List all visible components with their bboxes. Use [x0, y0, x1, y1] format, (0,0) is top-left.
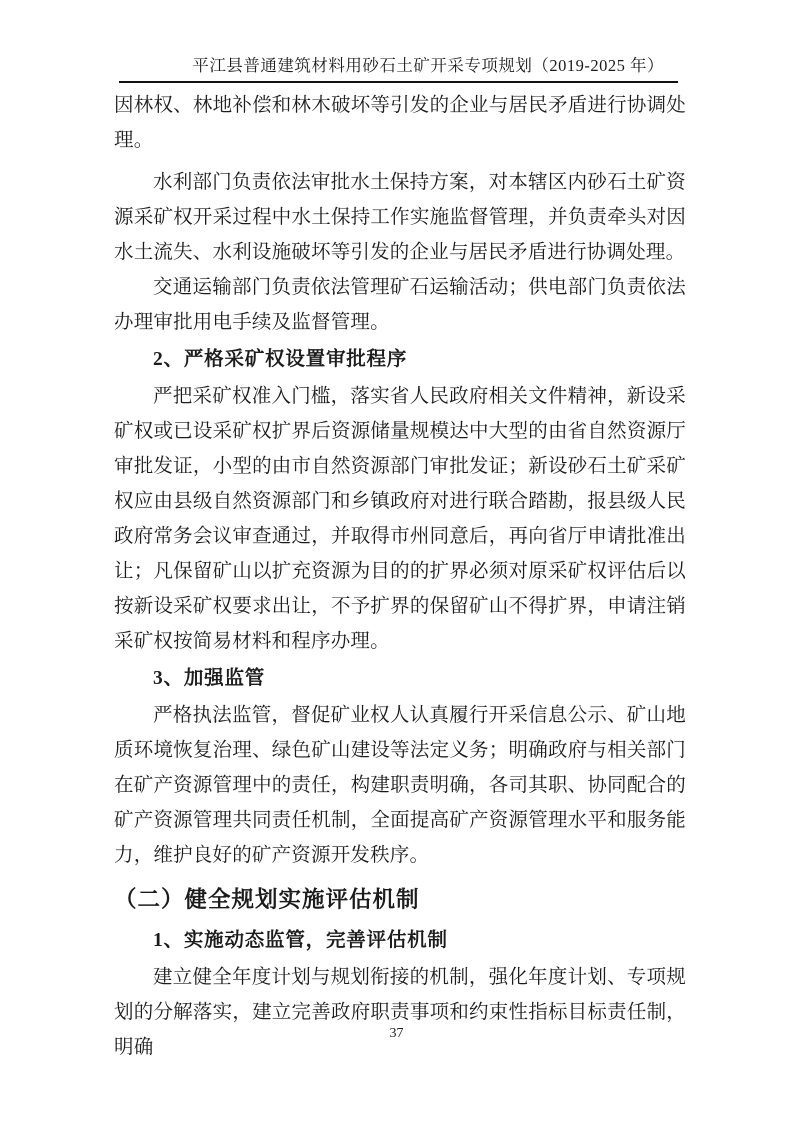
paragraph: 严格执法监管，督促矿业权人认真履行开采信息公示、矿山地质环境恢复治理、绿色矿山建…	[114, 698, 686, 873]
page-number: 37	[390, 1026, 404, 1041]
running-header: 平江县普通建筑材料用砂石土矿开采专项规划（2019-2025 年）	[119, 52, 678, 83]
paragraph: 交通运输部门负责依法管理矿石运输活动；供电部门负责依法办理审批用电手续及监督管理…	[114, 270, 686, 340]
paragraph-continuation: 因林权、林地补偿和林木破坏等引发的企业与居民矛盾进行协调处理。	[114, 88, 686, 158]
numbered-heading: 3、加强监管	[114, 661, 686, 696]
page-footer: 37	[0, 1024, 793, 1042]
document-body: 因林权、林地补偿和林木破坏等引发的企业与居民矛盾进行协调处理。水利部门负责依法审…	[114, 88, 686, 1065]
numbered-heading: 2、严格采矿权设置审批程序	[114, 342, 686, 377]
numbered-heading: 1、实施动态监管，完善评估机制	[114, 923, 686, 958]
section-heading: （二）健全规划实施评估机制	[114, 879, 686, 921]
paragraph: 建立健全年度计划与规划衔接的机制，强化年度计划、专项规划的分解落实，建立完善政府…	[114, 960, 686, 1065]
paragraph: 严把采矿权准入门槛，落实省人民政府相关文件精神，新设采矿权或已设采矿权扩界后资源…	[114, 379, 686, 659]
document-page: { "page": { "header": { "title": "平江县普通建…	[0, 0, 793, 1122]
paragraph: 水利部门负责依法审批水土保持方案，对本辖区内砂石土矿资源采矿权开采过程中水土保持…	[114, 165, 686, 270]
running-header-title: 平江县普通建筑材料用砂石土矿开采专项规划（2019-2025 年）	[192, 56, 664, 75]
